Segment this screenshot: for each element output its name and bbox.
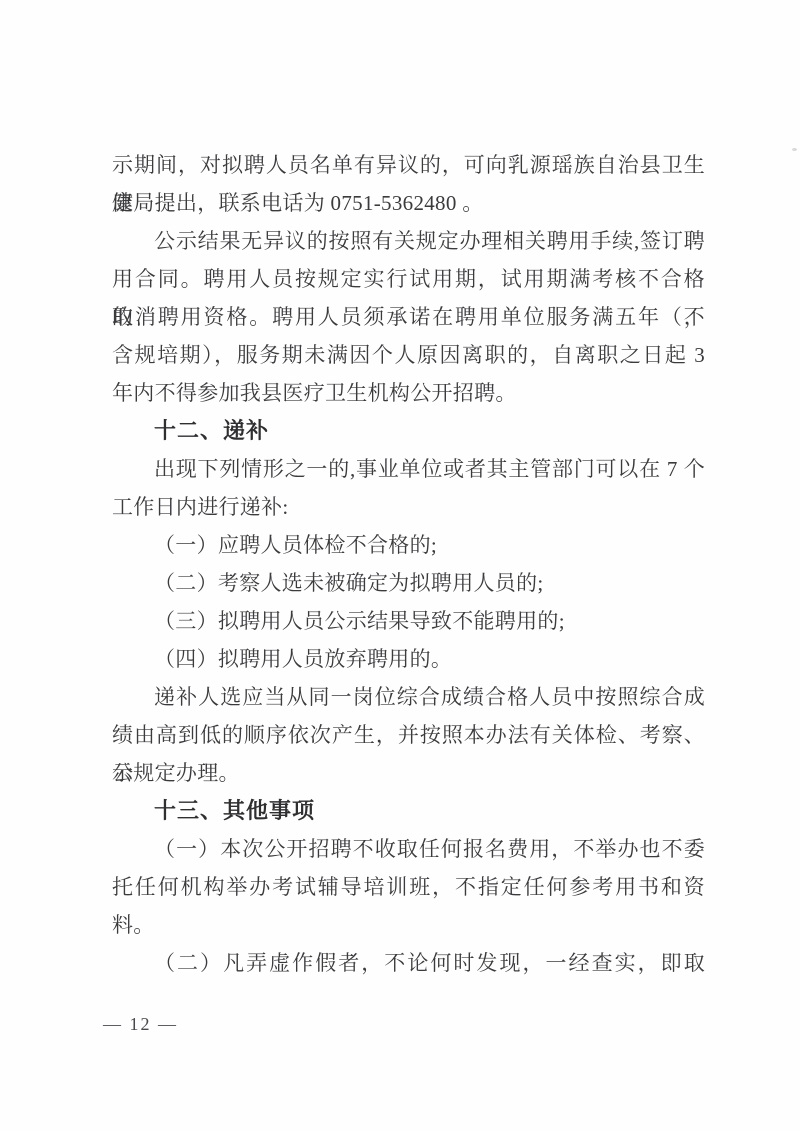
body-line: （二）凡弄虚作假者，不论何时发现，一经查实，即取 bbox=[112, 944, 705, 982]
scan-artifact bbox=[792, 148, 797, 151]
list-item-1: （一）应聘人员体检不合格的; bbox=[112, 526, 705, 564]
body-line: 绩由高到低的顺序依次产生，并按照本办法有关体检、考察、公 bbox=[112, 716, 705, 754]
body-line: 递补人选应当从同一岗位综合成绩合格人员中按照综合成 bbox=[112, 678, 705, 716]
heading-section-twelve: 十二、递补 bbox=[112, 412, 705, 450]
body-line: 用合同。聘用人员按规定实行试用期，试用期满考核不合格的， bbox=[112, 260, 705, 298]
body-line: （一）本次公开招聘不收取任何报名费用，不举办也不委 bbox=[112, 830, 705, 868]
body-line: 年内不得参加我县医疗卫生机构公开招聘。 bbox=[112, 374, 705, 412]
body-line: 示期间，对拟聘人员名单有异议的，可向乳源瑶族自治县卫生健 bbox=[112, 146, 705, 184]
body-line: 料。 bbox=[112, 906, 705, 944]
document-body: 示期间，对拟聘人员名单有异议的，可向乳源瑶族自治县卫生健 康局提出，联系电话为 … bbox=[112, 146, 705, 982]
list-item-2: （二）考察人选未被确定为拟聘用人员的; bbox=[112, 564, 705, 602]
body-line-phone: 康局提出，联系电话为 0751-5362480 。 bbox=[112, 184, 705, 222]
list-item-3: （三）拟聘用人员公示结果导致不能聘用的; bbox=[112, 602, 705, 640]
heading-section-thirteen: 十三、其他事项 bbox=[112, 792, 705, 830]
body-line: 公示结果无异议的按照有关规定办理相关聘用手续,签订聘 bbox=[112, 222, 705, 260]
body-line: 托任何机构举办考试辅导培训班，不指定任何参考用书和资 bbox=[112, 868, 705, 906]
body-line: 取消聘用资格。聘用人员须承诺在聘用单位服务满五年（不 bbox=[112, 298, 705, 336]
page-number: — 12 — bbox=[103, 1010, 178, 1038]
body-line: 示规定办理。 bbox=[112, 754, 705, 792]
body-line: 工作日内进行递补: bbox=[112, 488, 705, 526]
document-page: 示期间，对拟聘人员名单有异议的，可向乳源瑶族自治县卫生健 康局提出，联系电话为 … bbox=[0, 0, 800, 1131]
list-item-4: （四）拟聘用人员放弃聘用的。 bbox=[112, 640, 705, 678]
body-line: 出现下列情形之一的,事业单位或者其主管部门可以在 7 个 bbox=[112, 450, 705, 488]
body-line: 含规培期），服务期未满因个人原因离职的，自离职之日起 3 bbox=[112, 336, 705, 374]
